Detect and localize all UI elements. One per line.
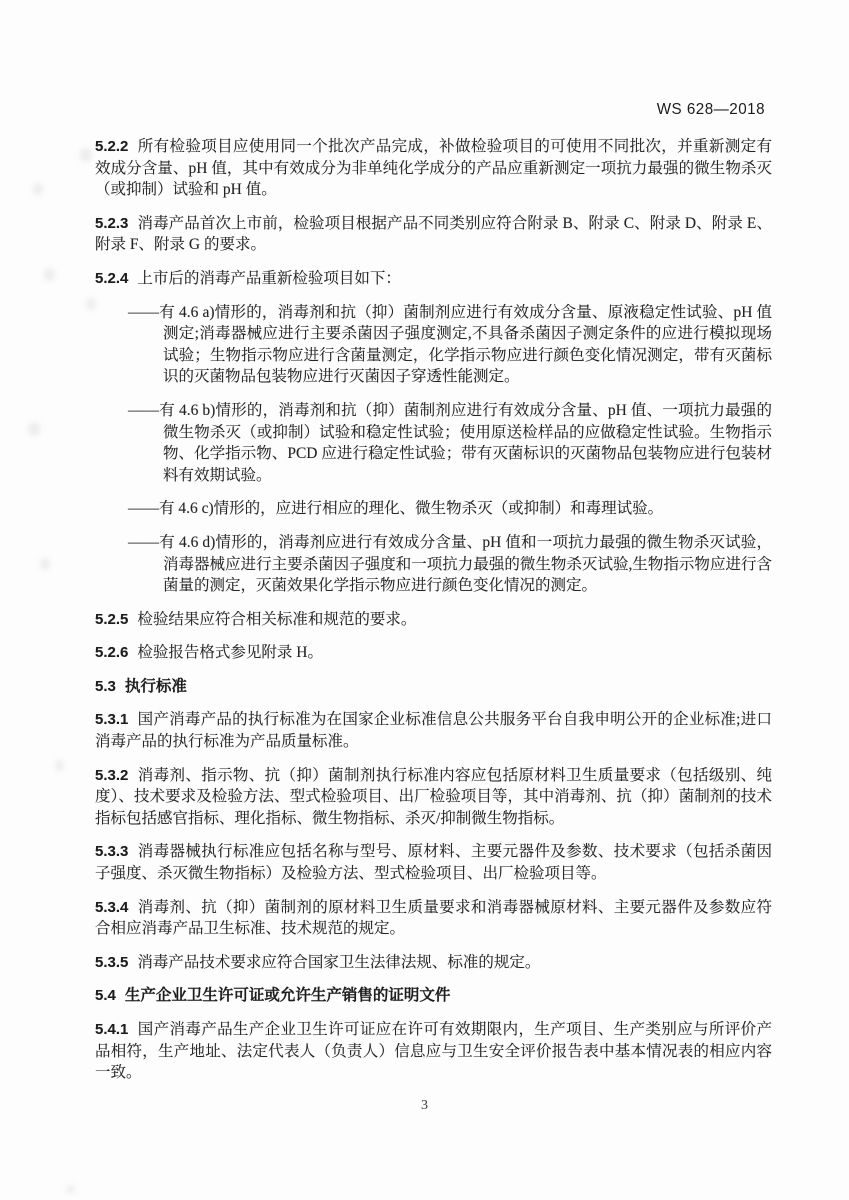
clause-number: 5.3.2 <box>95 767 128 784</box>
clause-5-3-5: 5.3.5消毒产品技术要求应符合国家卫生法律法规、标准的规定。 <box>95 952 772 974</box>
clause-number: 5.2.3 <box>95 215 128 232</box>
section-heading-5-3: 5.3执行标准 <box>95 676 772 698</box>
clause-5-4-1: 5.4.1国产消毒产品生产企业卫生许可证应在许可有效期限内，生产项目、生产类别应… <box>95 1019 772 1084</box>
scan-artifact <box>33 183 43 195</box>
clause-5-2-2: 5.2.2所有检验项目应使用同一个批次产品完成，补做检验项目的可使用不同批次，并… <box>95 136 772 201</box>
list-item-c: ——有 4.6 c)情形的，应进行相应的理化、微生物杀灭（或抑制）和毒理试验。 <box>163 498 772 520</box>
section-number: 5.4 <box>95 987 116 1004</box>
clause-number: 5.3.4 <box>95 899 128 916</box>
section-title: 生产企业卫生许可证或允许生产销售的证明文件 <box>125 987 451 1004</box>
clause-5-3-3: 5.3.3消毒器械执行标准应包括名称与型号、原材料、主要元器件及参数、技术要求（… <box>95 841 772 884</box>
section-heading-5-4: 5.4生产企业卫生许可证或允许生产销售的证明文件 <box>95 985 772 1007</box>
list-item-a: ——有 4.6 a)情形的，消毒剂和抗（抑）菌制剂应进行有效成分含量、原液稳定性… <box>163 302 772 388</box>
scan-artifact <box>44 268 55 281</box>
clause-5-2-5: 5.2.5检验结果应符合相关标准和规范的要求。 <box>95 609 772 631</box>
clause-text: 检验报告格式参见附录 H。 <box>137 644 323 661</box>
page-header: WS 628—2018 <box>657 101 765 119</box>
clause-number: 5.2.2 <box>95 138 128 155</box>
clause-5-3-1: 5.3.1国产消毒产品的执行标准为在国家企业标准信息公共服务平台自我申明公开的企… <box>95 709 772 752</box>
clause-text: 上市后的消毒产品重新检验项目如下： <box>137 270 401 287</box>
list-item-d: ——有 4.6 d)情形的，消毒剂应进行有效成分含量、pH 值和一项抗力最强的微… <box>163 532 772 597</box>
document-body: 5.2.2所有检验项目应使用同一个批次产品完成，补做检验项目的可使用不同批次，并… <box>95 136 772 1096</box>
scan-artifact <box>28 422 40 436</box>
clause-text: 国产消毒产品的执行标准为在国家企业标准信息公共服务平台自我申明公开的企业标准;进… <box>95 711 772 750</box>
clause-number: 5.3.5 <box>95 954 128 971</box>
scan-artifact <box>40 558 50 570</box>
clause-text: 所有检验项目应使用同一个批次产品完成，补做检验项目的可使用不同批次，并重新测定有… <box>95 138 772 198</box>
page-footer: 3 <box>0 1098 849 1114</box>
clause-text: 国产消毒产品生产企业卫生许可证应在许可有效期限内，生产项目、生产类别应与所评价产… <box>95 1021 772 1081</box>
list-item-text: ——有 4.6 a)情形的，消毒剂和抗（抑）菌制剂应进行有效成分含量、原液稳定性… <box>128 304 772 386</box>
clause-text: 消毒产品技术要求应符合国家卫生法律法规、标准的规定。 <box>137 954 540 971</box>
clause-5-3-2: 5.3.2消毒剂、指示物、抗（抑）菌制剂执行标准内容应包括原材料卫生质量要求（包… <box>95 765 772 830</box>
document-page: WS 628—2018 5.2.2所有检验项目应使用同一个批次产品完成，补做检验… <box>0 0 849 1200</box>
clause-number: 5.4.1 <box>95 1021 128 1038</box>
list-item-text: ——有 4.6 d)情形的，消毒剂应进行有效成分含量、pH 值和一项抗力最强的微… <box>128 534 772 594</box>
scan-artifact <box>55 760 64 771</box>
section-number: 5.3 <box>95 678 116 695</box>
clause-5-2-3: 5.2.3消毒产品首次上市前，检验项目根据产品不同类别应符合附录 B、附录 C、… <box>95 213 772 256</box>
clause-5-3-4: 5.3.4消毒剂、抗（抑）菌制剂的原材料卫生质量要求和消毒器械原材料、主要元器件… <box>95 897 772 940</box>
clause-5-2-4: 5.2.4上市后的消毒产品重新检验项目如下： <box>95 268 772 290</box>
clause-number: 5.3.1 <box>95 711 128 728</box>
clause-number: 5.2.4 <box>95 270 128 287</box>
clause-text: 消毒剂、指示物、抗（抑）菌制剂执行标准内容应包括原材料卫生质量要求（包括级别、纯… <box>95 767 772 827</box>
clause-text: 消毒器械执行标准应包括名称与型号、原材料、主要元器件及参数、技术要求（包括杀菌因… <box>95 843 772 882</box>
list-item-b: ——有 4.6 b)情形的，消毒剂和抗（抑）菌制剂应进行有效成分含量、pH 值、… <box>163 400 772 486</box>
scan-artifact <box>80 148 92 162</box>
scan-artifact <box>86 298 96 310</box>
clause-5-2-6: 5.2.6检验报告格式参见附录 H。 <box>95 642 772 664</box>
list-item-text: ——有 4.6 b)情形的，消毒剂和抗（抑）菌制剂应进行有效成分含量、pH 值、… <box>128 402 772 484</box>
clause-number: 5.3.3 <box>95 843 128 860</box>
clause-text: 消毒产品首次上市前，检验项目根据产品不同类别应符合附录 B、附录 C、附录 D、… <box>95 215 772 254</box>
clause-text: 消毒剂、抗（抑）菌制剂的原材料卫生质量要求和消毒器械原材料、主要元器件及参数应符… <box>95 899 772 938</box>
page-number: 3 <box>421 1098 428 1113</box>
clause-text: 检验结果应符合相关标准和规范的要求。 <box>137 611 416 628</box>
list-item-text: ——有 4.6 c)情形的，应进行相应的理化、微生物杀灭（或抑制）和毒理试验。 <box>128 500 663 517</box>
clause-number: 5.2.5 <box>95 611 128 628</box>
clause-number: 5.2.6 <box>95 644 128 661</box>
scan-artifact <box>66 1185 75 1193</box>
section-title: 执行标准 <box>125 678 187 695</box>
standard-number: WS 628—2018 <box>657 101 765 118</box>
